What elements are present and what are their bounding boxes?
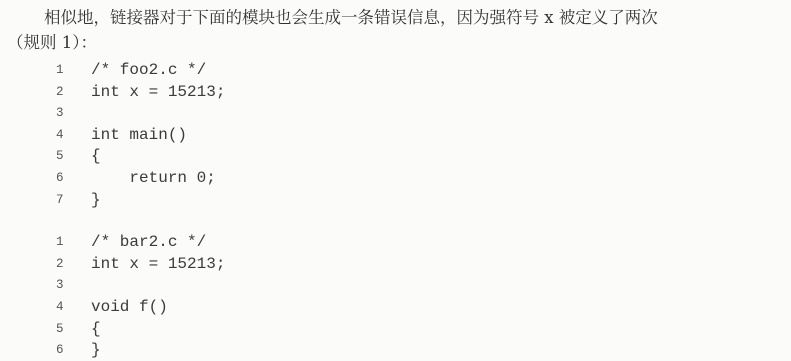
code-text: {: [91, 146, 101, 168]
code-listing-bar2: 1/* bar2.c */2int x = 15213;34void f()5{…: [0, 232, 791, 361]
code-text: return 0;: [91, 168, 216, 190]
code-line: 3: [0, 103, 791, 125]
code-line: 1/* bar2.c */: [0, 232, 791, 254]
code-text: {: [91, 319, 101, 341]
code-text: int x = 15213;: [91, 254, 225, 276]
code-line: 7}: [0, 190, 791, 212]
line-number: 5: [56, 319, 91, 341]
line-number: 6: [56, 340, 91, 361]
line-number: 4: [56, 297, 91, 319]
code-line: 6 return 0;: [0, 168, 791, 190]
line-number: 4: [56, 125, 91, 147]
code-line: 6}: [0, 340, 791, 361]
code-text: int x = 15213;: [91, 82, 225, 104]
line-number: 5: [56, 146, 91, 168]
line-number: 3: [56, 275, 91, 297]
line-number: 1: [56, 232, 91, 254]
line-number: 2: [56, 254, 91, 276]
code-text: void f(): [91, 297, 168, 319]
code-line: 4int main(): [0, 125, 791, 147]
code-line: 2int x = 15213;: [0, 254, 791, 276]
code-text: }: [91, 340, 101, 361]
intro-paragraph: 相似地，链接器对于下面的模块也会生成一条错误信息，因为强符号 x 被定义了两次 …: [0, 0, 791, 55]
line-number: 6: [56, 168, 91, 190]
line-number: 2: [56, 82, 91, 104]
code-text: /* bar2.c */: [91, 232, 206, 254]
line-number: 3: [56, 103, 91, 125]
code-line: 5{: [0, 146, 791, 168]
paragraph-line-2: （规则 1）：: [0, 30, 791, 55]
code-line: 2int x = 15213;: [0, 82, 791, 104]
line-number: 7: [56, 190, 91, 212]
code-line: 5{: [0, 319, 791, 341]
paragraph-line-1: 相似地，链接器对于下面的模块也会生成一条错误信息，因为强符号 x 被定义了两次: [0, 5, 791, 30]
code-listing-foo2: 1/* foo2.c */2int x = 15213;34int main()…: [0, 60, 791, 211]
code-text: /* foo2.c */: [91, 60, 206, 82]
code-text: int main(): [91, 125, 187, 147]
code-line: 1/* foo2.c */: [0, 60, 791, 82]
line-number: 1: [56, 60, 91, 82]
code-text: }: [91, 190, 101, 212]
code-line: 4void f(): [0, 297, 791, 319]
book-page: 相似地，链接器对于下面的模块也会生成一条错误信息，因为强符号 x 被定义了两次 …: [0, 0, 791, 361]
code-line: 3: [0, 275, 791, 297]
